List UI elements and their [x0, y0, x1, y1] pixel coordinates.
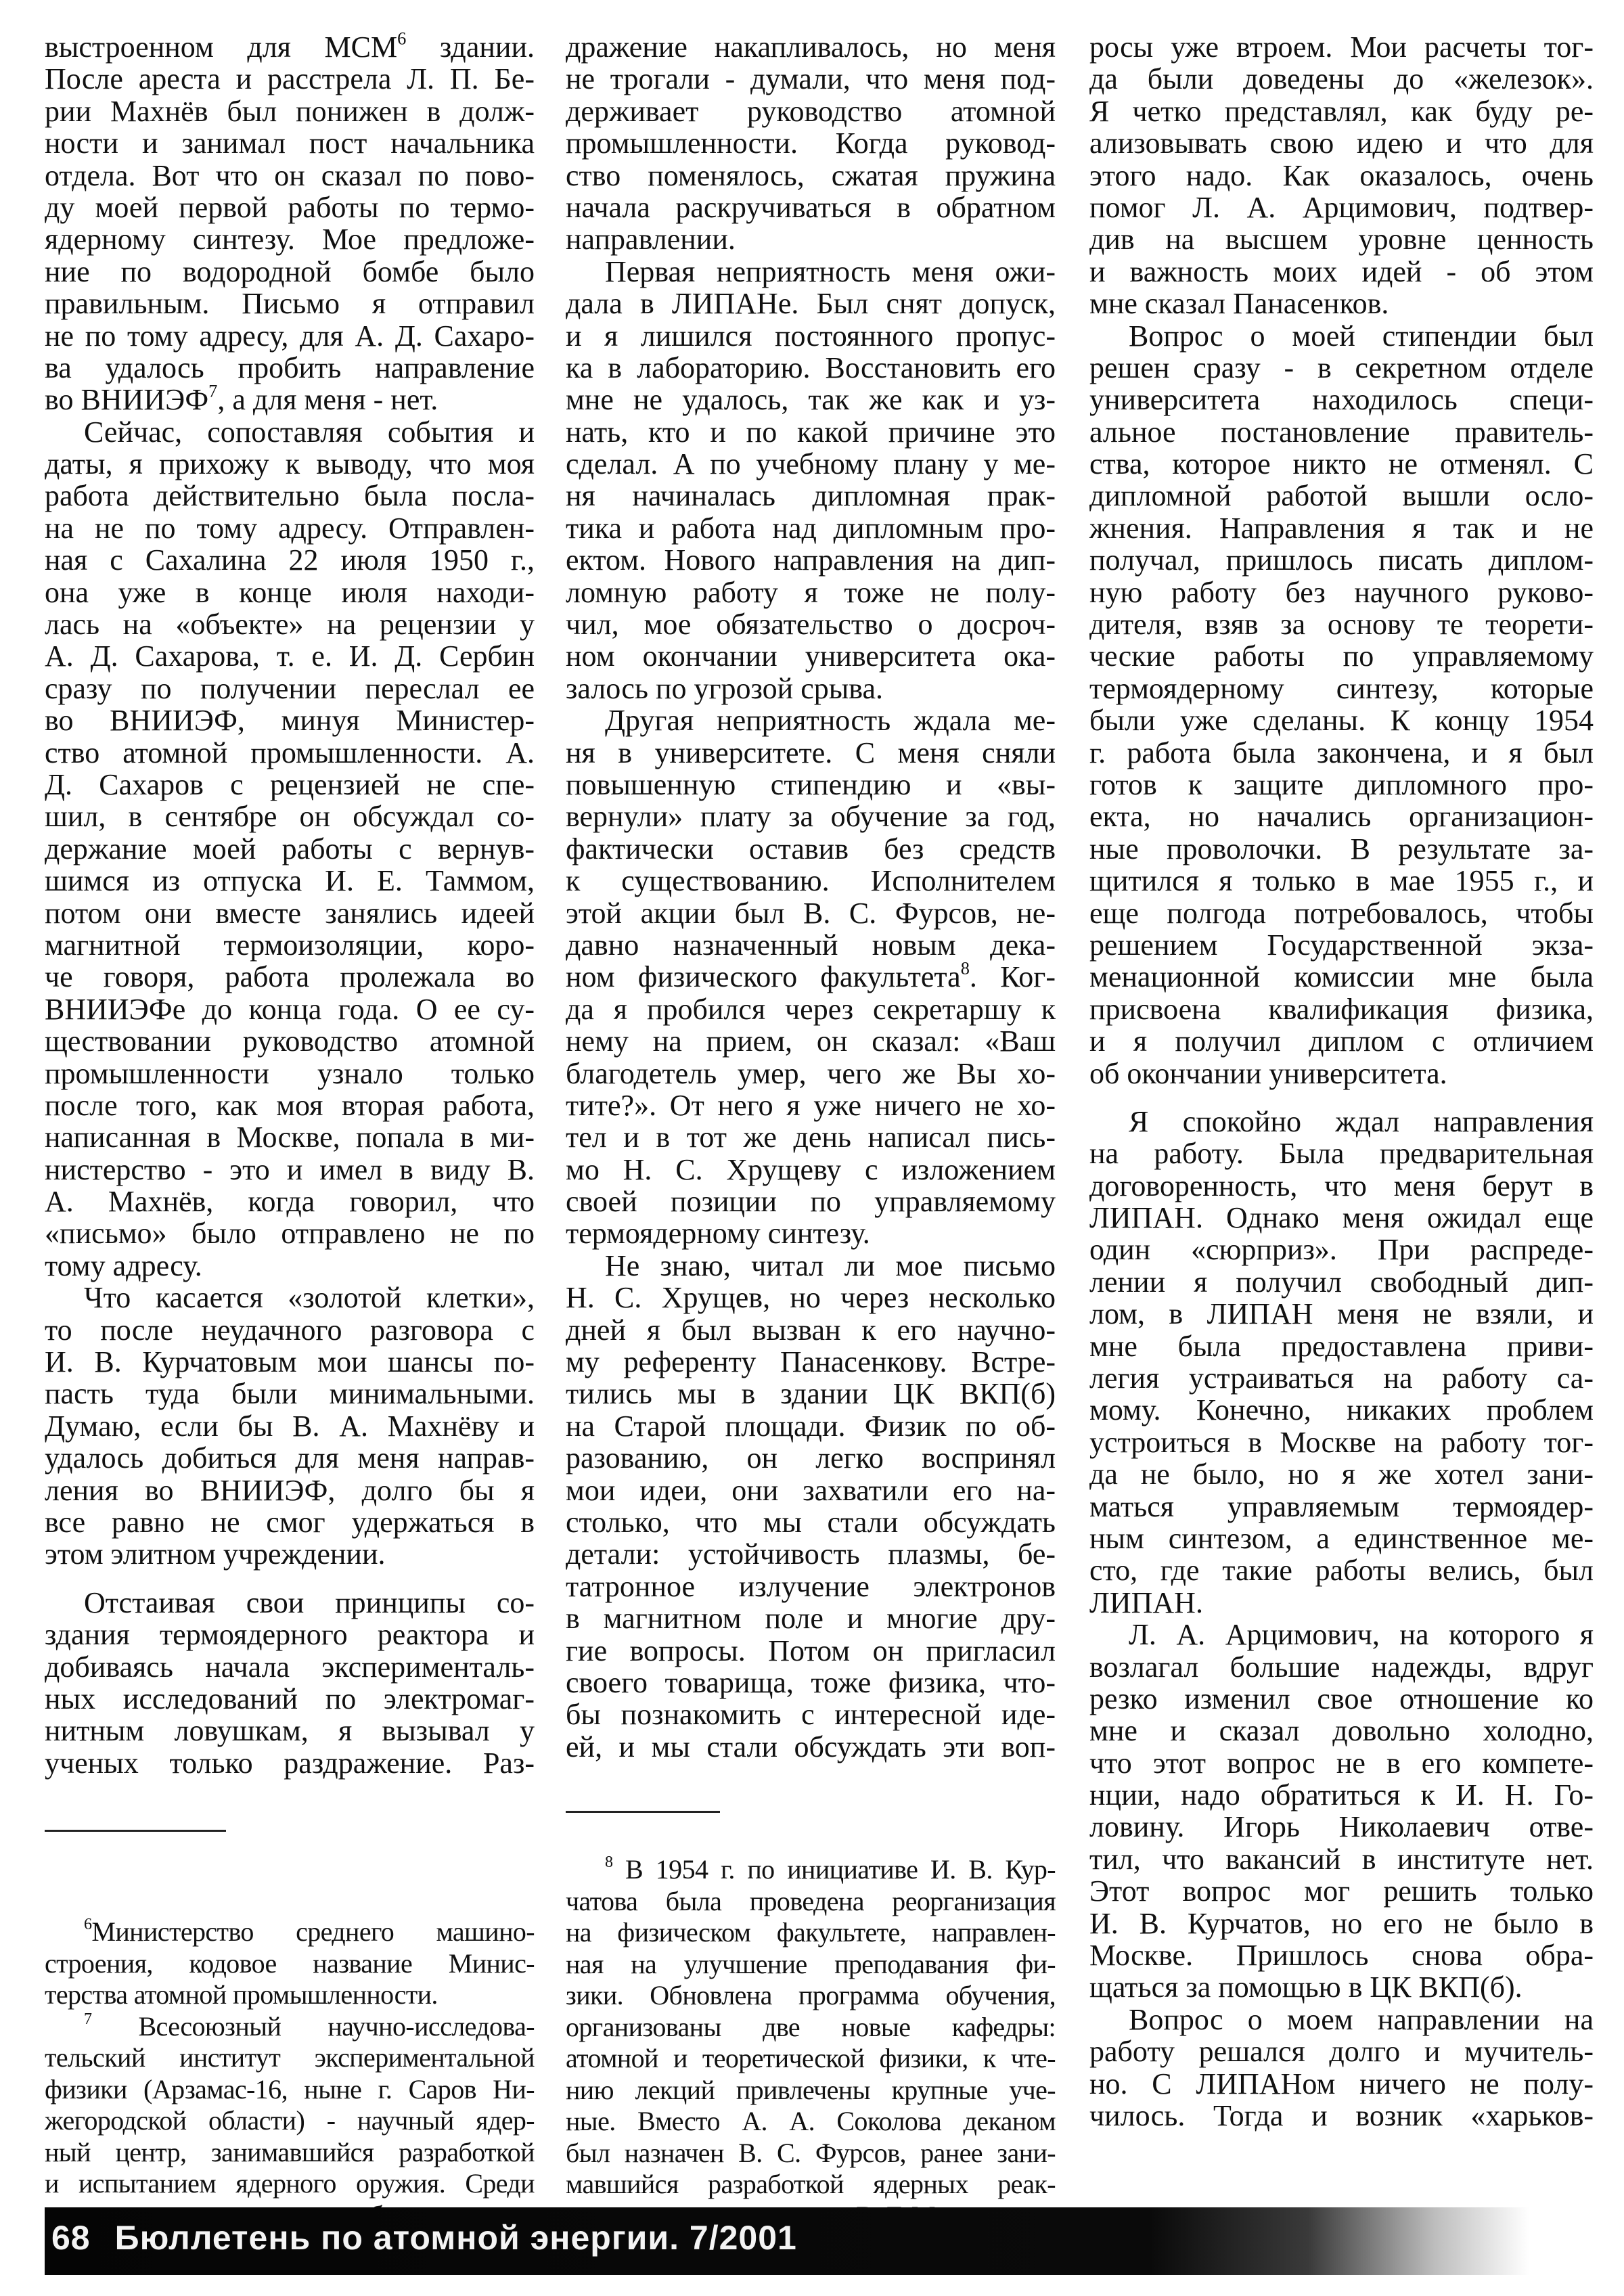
line-text: че говоря, работа пролежала во: [45, 960, 535, 993]
text-line: тите?». От него я уже ничего не хо-: [566, 1089, 1056, 1121]
text-line: промышленности узнало только: [45, 1058, 535, 1089]
line-text: работу решался долго и мучитель-: [1089, 2035, 1594, 2068]
text-line: да не было, но я же хотел зани-: [1089, 1458, 1594, 1490]
line-text: промышленности узнало только: [45, 1057, 535, 1090]
page-number: 68: [51, 2219, 91, 2257]
text-line: А. Махнёв, когда говорил, что: [45, 1186, 535, 1217]
text-line: написанная в Москве, попала в ми-: [45, 1121, 535, 1153]
line-text: решением Государственной экза-: [1089, 928, 1594, 962]
text-line: Москве. Пришлось снова обра-: [1089, 1939, 1594, 1971]
text-line: ва удалось пробить направление: [45, 352, 535, 384]
text-line: давно назначенный новым дека-: [566, 929, 1056, 961]
line-text: Я спокойно ждал направления: [1129, 1105, 1594, 1138]
text-line: этой акции был В. С. Фурсов, не-: [566, 897, 1056, 929]
text-line: Вопрос о моей стипендии был: [1089, 320, 1594, 352]
text-line: что этот вопрос не в его компете-: [1089, 1747, 1594, 1779]
line-text: гие вопросы. Потом он пригласил: [566, 1634, 1056, 1667]
line-text: ядерному синтезу. Мое предложе-: [45, 223, 535, 256]
text-line: мому. Конечно, никаких проблем: [1089, 1394, 1594, 1426]
line-text: один «сюрприз». При распреде-: [1089, 1233, 1594, 1266]
line-text-after: здании.: [406, 30, 535, 64]
text-line: вернули» плату за обучение за год,: [566, 801, 1056, 832]
text-line: были уже сделаны. К концу 1954: [1089, 704, 1594, 736]
text-line: татронное излучение электронов: [566, 1571, 1056, 1602]
line-text: ная с Сахалина 22 июля 1950 г.,: [45, 543, 535, 577]
text-line: термоядерному синтезу, которые: [1089, 673, 1594, 704]
paragraph-gap: [45, 1571, 535, 1587]
text-line: Вопрос о моем направлении на: [1089, 2004, 1594, 2035]
text-line: отдела. Вот что он сказал по пово-: [45, 160, 535, 192]
text-line: дителя, взяв за основу те теорети-: [1089, 608, 1594, 640]
line-text: ную работу без научного руково-: [1089, 576, 1594, 609]
text-line: этом элитном учреждении.: [45, 1538, 535, 1570]
text-line: ей, и мы стали обсуждать эти воп-: [566, 1731, 1056, 1763]
line-text: ловину. Игорь Николаевич отве-: [1089, 1810, 1594, 1843]
line-text: Этот вопрос мог решить только: [1089, 1874, 1594, 1908]
line-text: ломную работу я тоже не полу-: [566, 576, 1056, 609]
footnote-line: и испытанием ядерного оружия. Среди: [45, 2168, 535, 2200]
text-line: мои идеи, они захватили его на-: [566, 1475, 1056, 1506]
line-text: Москве. Пришлось снова обра-: [1089, 1939, 1594, 1972]
text-line: Не знаю, читал ли мое письмо: [566, 1250, 1056, 1282]
text-line: выстроенном для МСМ6 здании.: [45, 31, 535, 63]
text-line: лом, в ЛИПАН меня не взяли, и: [1089, 1298, 1594, 1330]
line-text: чилось. Тогда и возник «харьков-: [1089, 2099, 1594, 2132]
line-text: чатова была проведена реорганизация: [566, 1886, 1056, 1916]
text-line: мо Н. С. Хрущеву с изложением: [566, 1154, 1056, 1186]
text-line: возлагал большие надежды, вдруг: [1089, 1651, 1594, 1683]
text-line: Что касается «золотой клетки»,: [45, 1282, 535, 1313]
footnote-reference: 8: [961, 958, 970, 978]
text-line: удалось добиться для меня направ-: [45, 1442, 535, 1474]
line-text: Другая неприятность ждала ме-: [605, 704, 1056, 737]
line-text: детали: устойчивость плазмы, бе-: [566, 1537, 1056, 1571]
footnote-line: был назначен В. С. Фурсов, ранее зани-: [566, 2138, 1056, 2169]
line-text: дителя, взяв за основу те теорети-: [1089, 608, 1594, 641]
text-line: и важность моих идей - об этом: [1089, 256, 1594, 288]
line-text: щаться за помощью в ЦК ВКП(б).: [1089, 1971, 1522, 2004]
text-line: После ареста и расстрела Л. П. Бе-: [45, 63, 535, 95]
footnote-marker: 7: [84, 2010, 91, 2028]
text-line: альное постановление правитель-: [1089, 416, 1594, 448]
line-text: мне и сказал довольно холодно,: [1089, 1714, 1594, 1747]
footnote-line: жегородской области) - научный ядер-: [45, 2105, 535, 2137]
text-line: ЛИПАН.: [1089, 1587, 1594, 1619]
line-text: Министерство среднего машино-: [91, 1916, 535, 1947]
line-text: фактически оставив без средств: [566, 832, 1056, 865]
line-text: ном окончании университета ока-: [566, 639, 1056, 673]
line-text: повышенную стипендию и «вы-: [566, 768, 1056, 801]
line-text: тика и работа над дипломным про-: [566, 512, 1056, 545]
line-text: но. С ЛИПАНом ничего не полу-: [1089, 2067, 1594, 2100]
line-text: ня начиналась дипломная прак-: [566, 479, 1056, 512]
article-column-1: выстроенном для МСМ6 здании.После ареста…: [45, 31, 535, 1779]
line-text: И. В. Курчатовым мои шансы по-: [45, 1345, 535, 1378]
text-line: сразу по получении переслал ее: [45, 673, 535, 704]
text-line: держание моей работы с вернув-: [45, 833, 535, 865]
line-text: промышленности. Когда руковод-: [566, 127, 1056, 160]
line-text: ЛИПАН.: [1089, 1586, 1203, 1619]
line-text: шил, в сентябре он обсуждал со-: [45, 800, 535, 833]
line-text: на физическом факультете, направлен-: [566, 1917, 1056, 1948]
line-text: лом, в ЛИПАН меня не взяли, и: [1089, 1297, 1594, 1330]
line-text: да я пробился через секретаршу к: [566, 993, 1056, 1026]
text-line: сделал. А по учебному плану у ме-: [566, 448, 1056, 480]
line-text: Н. С. Хрущев, но через несколько: [566, 1281, 1056, 1314]
line-text: рии Махнёв был понижен в долж-: [45, 95, 535, 128]
line-text: Всесоюзный научно-исследова-: [91, 2011, 535, 2042]
article-column-3: росы уже втроем. Мои расчеты тог-да были…: [1089, 31, 1594, 2132]
line-text: во ВНИИЭФ: [45, 383, 208, 416]
text-line: му референту Панасенкову. Встре-: [566, 1346, 1056, 1378]
line-text: не трогали - думали, что меня под-: [566, 62, 1056, 95]
text-line: держивает руководство атомной: [566, 95, 1056, 127]
line-text: тите?». От него я уже ничего не хо-: [566, 1089, 1056, 1122]
line-text: росы уже втроем. Мои расчеты тог-: [1089, 30, 1594, 64]
line-text: вернули» плату за обучение за год,: [566, 800, 1056, 833]
text-line: че говоря, работа пролежала во: [45, 961, 535, 993]
line-text: Вопрос о моей стипендии был: [1129, 319, 1594, 353]
footnote-reference: 6: [397, 28, 406, 49]
line-text: ка в лабораторию. Восстановить его: [566, 351, 1056, 384]
text-line: шил, в сентябре он обсуждал со-: [45, 801, 535, 832]
text-line: И. В. Курчатовым мои шансы по-: [45, 1346, 535, 1378]
text-line: университета находилось специ-: [1089, 384, 1594, 415]
text-line: присвоена квалификация физика,: [1089, 993, 1594, 1025]
line-text-after: , а для меня - нет.: [217, 383, 438, 416]
line-text: мавшийся разработкой ядерных реак-: [566, 2169, 1056, 2199]
line-text: зики. Обновлена программа обучения,: [566, 1980, 1056, 2010]
line-text: жнения. Направления я так и не: [1089, 512, 1594, 545]
text-line: промышленности. Когда руковод-: [566, 127, 1056, 159]
text-line: даты, я прихожу к выводу, что моя: [45, 448, 535, 480]
footnote-line: ная на улучшение преподавания фи-: [566, 1949, 1056, 1981]
text-line: устроиться в Москве на работу тог-: [1089, 1426, 1594, 1458]
text-line: Л. А. Арцимович, на которого я: [1089, 1619, 1594, 1650]
text-line: об окончании университета.: [1089, 1058, 1594, 1089]
footnote-line: организованы две новые кафедры:: [566, 2012, 1056, 2044]
text-line: ные проволочки. В результате за-: [1089, 833, 1594, 865]
text-line: во ВНИИЭФ, минуя Министер-: [45, 704, 535, 736]
text-line: И. В. Курчатов, но его не было в: [1089, 1908, 1594, 1939]
line-text: на не по тому адресу. Отправлен-: [45, 512, 535, 545]
text-line: ня начиналась дипломная прак-: [566, 480, 1056, 512]
text-line: направлении.: [566, 223, 1056, 255]
text-line: екта, но начались организацион-: [1089, 801, 1594, 832]
line-text: ществовании руководство атомной: [45, 1025, 535, 1058]
line-text: Д. Сахаров с рецензией не спе-: [45, 768, 535, 801]
text-line: мне не удалось, так же как и уз-: [566, 384, 1056, 415]
text-line: на Старой площади. Физик по об-: [566, 1410, 1056, 1442]
line-text: ВНИИЭФе до конца года. О ее су-: [45, 993, 535, 1026]
line-text: «письмо» было отправлено не по: [45, 1217, 535, 1250]
line-text: и я лишился постоянного пропус-: [566, 319, 1056, 353]
line-text: ным синтезом, а единственное ме-: [1089, 1522, 1594, 1555]
line-text: менационной комиссии мне была: [1089, 960, 1594, 993]
line-text: ей, и мы стали обсуждать эти воп-: [566, 1730, 1056, 1763]
footnote-line: чатова была проведена реорганизация: [566, 1886, 1056, 1918]
footnote-line: мавшийся разработкой ядерных реак-: [566, 2169, 1056, 2201]
line-text: бы познакомить с интересной иде-: [566, 1698, 1056, 1731]
line-text: еще полгода потребовалось, чтобы: [1089, 897, 1594, 930]
line-text: дипломной работой вышли осло-: [1089, 479, 1594, 512]
line-text: сто, где такие работы велись, был: [1089, 1554, 1594, 1587]
line-text: не по тому адресу, для А. Д. Сахаро-: [45, 319, 535, 353]
line-text: Сейчас, сопоставляя события и: [84, 415, 535, 449]
line-text: держание моей работы с вернув-: [45, 832, 535, 865]
text-line: нистерство - это и имел в виду В.: [45, 1154, 535, 1186]
line-text: ство поменялось, сжатая пружина: [566, 159, 1056, 192]
line-text: устроиться в Москве на работу тог-: [1089, 1426, 1594, 1459]
line-text: Вопрос о моем направлении на: [1129, 2003, 1594, 2036]
line-text: ный центр, занимавшийся разработкой: [45, 2137, 535, 2167]
line-text: дала в ЛИПАНе. Был снят допуск,: [566, 287, 1056, 320]
text-line: на работу. Была предварительная: [1089, 1138, 1594, 1169]
text-line: нитным ловушкам, я вызывал у: [45, 1715, 535, 1747]
line-text: об окончании университета.: [1089, 1057, 1447, 1090]
text-line: во ВНИИЭФ7, а для меня - нет.: [45, 384, 535, 415]
line-text: к существованию. Исполнителем: [566, 864, 1056, 897]
text-line: ство поменялось, сжатая пружина: [566, 160, 1056, 192]
line-text: тил, что вакансий в институте нет.: [1089, 1843, 1594, 1876]
text-line: Этот вопрос мог решить только: [1089, 1875, 1594, 1907]
text-line: чил, мое обязательство о досроч-: [566, 608, 1056, 640]
text-line: щитился я только в мае 1955 г., и: [1089, 865, 1594, 897]
text-line: ломную работу я тоже не полу-: [566, 577, 1056, 608]
line-text: благодетель умер, чего же Вы хо-: [566, 1057, 1056, 1090]
text-line: правильным. Письмо я отправил: [45, 288, 535, 319]
text-line: начала раскручиваться в обратном: [566, 192, 1056, 223]
footnote-line: ные. Вместо А. А. Соколова деканом: [566, 2106, 1056, 2138]
text-line: нции, надо обратиться к И. Н. Го-: [1089, 1779, 1594, 1811]
text-line: здания термоядерного реактора и: [45, 1619, 535, 1650]
text-line: Сейчас, сопоставляя события и: [45, 416, 535, 448]
line-text: все равно не смог удержаться в: [45, 1506, 535, 1539]
text-line: лась на «объекте» на рецензии у: [45, 608, 535, 640]
text-line: в магнитном поле и многие дру-: [566, 1602, 1056, 1634]
footnote-line: физики (Арзамас-16, ныне г. Саров Ни-: [45, 2074, 535, 2106]
text-line: ня в университете. С меня сняли: [566, 737, 1056, 769]
line-text: и испытанием ядерного оружия. Среди: [45, 2168, 535, 2199]
line-text: ние по водородной бомбе было: [45, 255, 535, 288]
line-text: нции, надо обратиться к И. Н. Го-: [1089, 1778, 1594, 1811]
text-line: пасть туда были минимальными.: [45, 1378, 535, 1410]
text-line: ВНИИЭФе до конца года. О ее су-: [45, 993, 535, 1025]
text-line: ду моей первой работы по термо-: [45, 192, 535, 223]
line-text: лении я получил свободный дип-: [1089, 1265, 1594, 1299]
text-line: фактически оставив без средств: [566, 833, 1056, 865]
line-text: екта, но начались организацион-: [1089, 800, 1594, 833]
text-line: ным синтезом, а единственное ме-: [1089, 1523, 1594, 1554]
footnote-line: нию лекций привлечены крупные уче-: [566, 2075, 1056, 2107]
footnote-divider-2: [566, 1811, 720, 1813]
line-text: мне была предоставлена приви-: [1089, 1330, 1594, 1363]
line-text: залось по угрозой срыва.: [566, 672, 883, 705]
line-text: давно назначенный новым дека-: [566, 928, 1056, 962]
line-text: татронное излучение электронов: [566, 1570, 1056, 1603]
line-text: ученых только раздражение. Раз-: [45, 1747, 535, 1780]
line-text: сразу по получении переслал ее: [45, 672, 535, 705]
line-text: див на высшем уровне ценность: [1089, 223, 1594, 256]
page-footer-bar: 68Бюллетень по атомной энергии. 7/2001: [45, 2207, 1624, 2275]
text-line: работа действительно была посла-: [45, 480, 535, 512]
text-line: менационной комиссии мне была: [1089, 961, 1594, 993]
text-line: жнения. Направления я так и не: [1089, 512, 1594, 544]
text-line: Другая неприятность ждала ме-: [566, 704, 1056, 736]
line-text: мо Н. С. Хрущеву с изложением: [566, 1153, 1056, 1186]
text-line: див на высшем уровне ценность: [1089, 223, 1594, 255]
line-text: то после неудачного разговора с: [45, 1313, 535, 1347]
text-line: да я пробился через секретаршу к: [566, 993, 1056, 1025]
text-line: мне была предоставлена приви-: [1089, 1330, 1594, 1362]
text-line: ную работу без научного руково-: [1089, 577, 1594, 608]
text-line: нать, кто и по какой причине это: [566, 416, 1056, 448]
text-line: мне сказал Панасенков.: [1089, 288, 1594, 319]
text-line: тел и в тот же день написал пись-: [566, 1121, 1056, 1153]
text-line: тика и работа над дипломным про-: [566, 512, 1056, 544]
line-text: этого надо. Как оказалось, очень: [1089, 159, 1594, 192]
line-text: выстроенном для МСМ: [45, 30, 397, 64]
line-text: да были доведены до «железок».: [1089, 62, 1594, 95]
line-text: ные проволочки. В результате за-: [1089, 832, 1594, 865]
line-text: и я получил диплом с отличием: [1089, 1025, 1594, 1058]
line-text: А. Махнёв, когда говорил, что: [45, 1185, 535, 1218]
text-line: ных исследований по электромаг-: [45, 1683, 535, 1715]
text-line: на не по тому адресу. Отправлен-: [45, 512, 535, 544]
line-text: А. Д. Сахарова, т. е. И. Д. Сербин: [45, 639, 535, 673]
text-line: щаться за помощью в ЦК ВКП(б).: [1089, 1971, 1594, 2003]
line-text: магнитной термоизоляции, коро-: [45, 928, 535, 962]
text-line: залось по угрозой срыва.: [566, 673, 1056, 704]
text-line: гие вопросы. Потом он пригласил: [566, 1635, 1056, 1667]
line-text: Я четко представлял, как буду ре-: [1089, 95, 1594, 128]
journal-page: выстроенном для МСМ6 здании.После ареста…: [0, 0, 1624, 2296]
text-line: ная с Сахалина 22 июля 1950 г.,: [45, 544, 535, 576]
footnote-line: строения, кодовое название Минис-: [45, 1948, 535, 1980]
line-text: ализовывать свою идею и что для: [1089, 127, 1594, 160]
line-text: пасть туда были минимальными.: [45, 1377, 535, 1410]
text-line: Первая неприятность меня ожи-: [566, 256, 1056, 288]
line-text: нию лекций привлечены крупные уче-: [566, 2075, 1056, 2105]
text-line: решен сразу - в секретном отделе: [1089, 352, 1594, 384]
line-text: му референту Панасенкову. Встре-: [566, 1345, 1056, 1378]
text-line: ка в лабораторию. Восстановить его: [566, 352, 1056, 384]
line-text: помог Л. А. Арцимович, подтвер-: [1089, 191, 1594, 224]
line-text: университета находилось специ-: [1089, 383, 1594, 416]
line-text: правильным. Письмо я отправил: [45, 287, 535, 320]
text-line: резко изменил свое отношение ко: [1089, 1683, 1594, 1715]
text-line: тил, что вакансий в институте нет.: [1089, 1843, 1594, 1875]
text-line: дней я был вызван к его научно-: [566, 1314, 1056, 1346]
text-line: разованию, он легко воспринял: [566, 1442, 1056, 1474]
text-line: и я лишился постоянного пропус-: [566, 320, 1056, 352]
text-line: Я спокойно ждал направления: [1089, 1106, 1594, 1138]
line-text: возлагал большие надежды, вдруг: [1089, 1650, 1594, 1684]
line-text: на Старой площади. Физик по об-: [566, 1410, 1056, 1443]
footnote-line: терства атомной промышленности.: [45, 1979, 535, 2011]
footnote-reference: 7: [208, 381, 217, 401]
line-text: мне сказал Панасенков.: [1089, 287, 1389, 320]
line-text: Первая неприятность меня ожи-: [605, 255, 1056, 288]
line-text: термоядерному синтезу.: [566, 1217, 870, 1250]
line-text: маться управляемым термоядер-: [1089, 1490, 1594, 1523]
footnote-marker: 8: [605, 1853, 612, 1871]
line-text: нему на прием, он сказал: «Ваш: [566, 1025, 1056, 1058]
line-text: ства, которое никто не отменял. С: [1089, 447, 1594, 480]
footnote-line: 7 Всесоюзный научно-исследова-: [45, 2011, 535, 2043]
line-text: готов к защите дипломного про-: [1089, 768, 1594, 801]
line-text: организованы две новые кафедры:: [566, 2012, 1056, 2042]
line-text: Отстаивая свои принципы со-: [84, 1586, 535, 1619]
text-line: еще полгода потребовалось, чтобы: [1089, 897, 1594, 929]
line-text: тились мы в здании ЦК ВКП(б): [566, 1377, 1056, 1410]
text-line: Д. Сахаров с рецензией не спе-: [45, 769, 535, 801]
line-text: ва удалось пробить направление: [45, 351, 535, 384]
line-text: работа действительно была посла-: [45, 479, 535, 512]
line-text: ном физического факультета: [566, 960, 961, 993]
text-line: Н. С. Хрущев, но через несколько: [566, 1282, 1056, 1313]
line-text: ности и занимал пост начальника: [45, 127, 535, 160]
footnote-line: на физическом факультете, направлен-: [566, 1917, 1056, 1949]
text-line: благодетель умер, чего же Вы хо-: [566, 1058, 1056, 1089]
line-text: строения, кодовое название Минис-: [45, 1948, 535, 1979]
text-line: ние по водородной бомбе было: [45, 256, 535, 288]
text-line: не трогали - думали, что меня под-: [566, 63, 1056, 95]
line-text: термоядерному синтезу, которые: [1089, 672, 1594, 705]
journal-issue: Бюллетень по атомной энергии. 7/2001: [115, 2219, 797, 2257]
line-text: мне не удалось, так же как и уз-: [566, 383, 1056, 416]
line-text: добиваясь начала эксперименталь-: [45, 1650, 535, 1684]
footnote-line: 6Министерство среднего машино-: [45, 1916, 535, 1948]
line-text: своего товарища, тоже физика, что-: [566, 1666, 1056, 1699]
line-text: чил, мое обязательство о досроч-: [566, 608, 1056, 641]
line-text: мому. Конечно, никаких проблем: [1089, 1393, 1594, 1426]
line-text: терства атомной промышленности.: [45, 1979, 438, 2010]
text-line: термоядерному синтезу.: [566, 1217, 1056, 1249]
line-text: физики (Арзамас-16, ныне г. Саров Ни-: [45, 2074, 535, 2104]
line-text-after: . Ког-: [970, 960, 1056, 993]
text-line: ловину. Игорь Николаевич отве-: [1089, 1811, 1594, 1843]
line-text: что этот вопрос не в его компете-: [1089, 1747, 1594, 1780]
line-text: ления во ВНИИЭФ, долго бы я: [45, 1474, 535, 1507]
line-text: и важность моих идей - об этом: [1089, 255, 1594, 288]
line-text: договоренность, что меня берут в: [1089, 1169, 1594, 1202]
line-text: отдела. Вот что он сказал по пово-: [45, 159, 535, 192]
text-line: мне и сказал довольно холодно,: [1089, 1715, 1594, 1747]
line-text: Думаю, если бы В. А. Махнёву и: [45, 1410, 535, 1443]
line-text: написанная в Москве, попала в ми-: [45, 1121, 535, 1154]
line-text: альное постановление правитель-: [1089, 415, 1594, 449]
line-text: ня в университете. С меня сняли: [566, 736, 1056, 769]
article-column-2: дражение накапливалось, но меняне трогал…: [566, 31, 1056, 1763]
text-line: но. С ЛИПАНом ничего не полу-: [1089, 2068, 1594, 2100]
line-text: направлении.: [566, 223, 736, 256]
text-line: получал, пришлось писать диплом-: [1089, 544, 1594, 576]
line-text: жегородской области) - научный ядер-: [45, 2105, 535, 2136]
line-text: в магнитном поле и многие дру-: [566, 1602, 1056, 1635]
line-text: были уже сделаны. К концу 1954: [1089, 704, 1594, 737]
line-text: удалось добиться для меня направ-: [45, 1441, 535, 1475]
line-text: г. работа была закончена, и я был: [1089, 736, 1594, 769]
text-line: решением Государственной экза-: [1089, 929, 1594, 961]
text-line: то после неудачного разговора с: [45, 1314, 535, 1346]
line-text: ство атомной промышленности. А.: [45, 736, 535, 769]
text-line: ства, которое никто не отменял. С: [1089, 448, 1594, 480]
line-text: этом элитном учреждении.: [45, 1537, 386, 1571]
text-line: «письмо» было отправлено не по: [45, 1217, 535, 1249]
text-line: маться управляемым термоядер-: [1089, 1491, 1594, 1523]
line-text: После ареста и расстрела Л. П. Бе-: [45, 62, 535, 95]
